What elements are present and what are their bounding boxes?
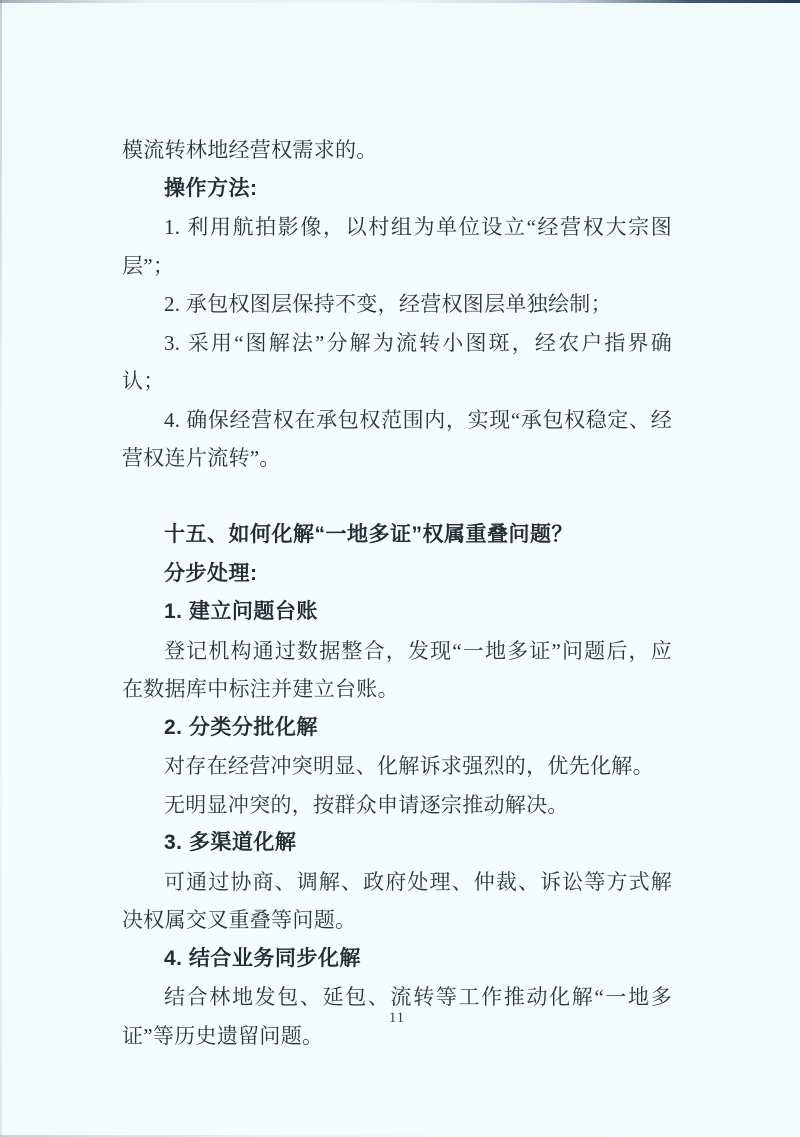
step-2-paragraph-1: 对存在经营冲突明显、化解诉求强烈的，优先化解。 (122, 747, 672, 786)
scan-edge-left (0, 0, 2, 1137)
list-item-3: 3. 采用“图解法”分解为流转小图斑，经农户指界确认； (122, 324, 672, 401)
heading-operation-method: 操作方法: (122, 170, 672, 209)
heading-section-fifteen: 十五、如何化解“一地多证”权属重叠问题？ (122, 516, 672, 555)
list-item-4: 4. 确保经营权在承包权范围内，实现“承包权稳定、经营权连片流转”。 (122, 401, 672, 478)
step-2-paragraph-2: 无明显冲突的，按群众申请逐宗推动解决。 (122, 786, 672, 825)
paragraph-continuation: 模流转林地经营权需求的。 (122, 131, 672, 170)
step-4-title: 4. 结合业务同步化解 (122, 940, 672, 979)
step-3-paragraph: 可通过协商、调解、政府处理、仲裁、诉讼等方式解决权属交叉重叠等问题。 (122, 863, 672, 940)
step-1-paragraph: 登记机构通过数据整合，发现“一地多证”问题后，应在数据库中标注并建立台账。 (122, 632, 672, 709)
step-3-title: 3. 多渠道化解 (122, 824, 672, 863)
list-item-1: 1. 利用航拍影像，以村组为单位设立“经营权大宗图层”； (122, 208, 672, 285)
heading-step-by-step: 分步处理: (122, 555, 672, 594)
step-2-title: 2. 分类分批化解 (122, 709, 672, 748)
step-1-title: 1. 建立问题台账 (122, 593, 672, 632)
page-number: 11 (0, 1010, 794, 1027)
scanned-document-page: { "page": { "number": "11" }, "document"… (0, 0, 800, 1137)
scan-edge-top (0, 0, 800, 3)
list-item-2: 2. 承包权图层保持不变，经营权图层单独绘制； (122, 285, 672, 324)
page-body-text: 模流转林地经营权需求的。 操作方法: 1. 利用航拍影像，以村组为单位设立“经营… (122, 131, 672, 1055)
